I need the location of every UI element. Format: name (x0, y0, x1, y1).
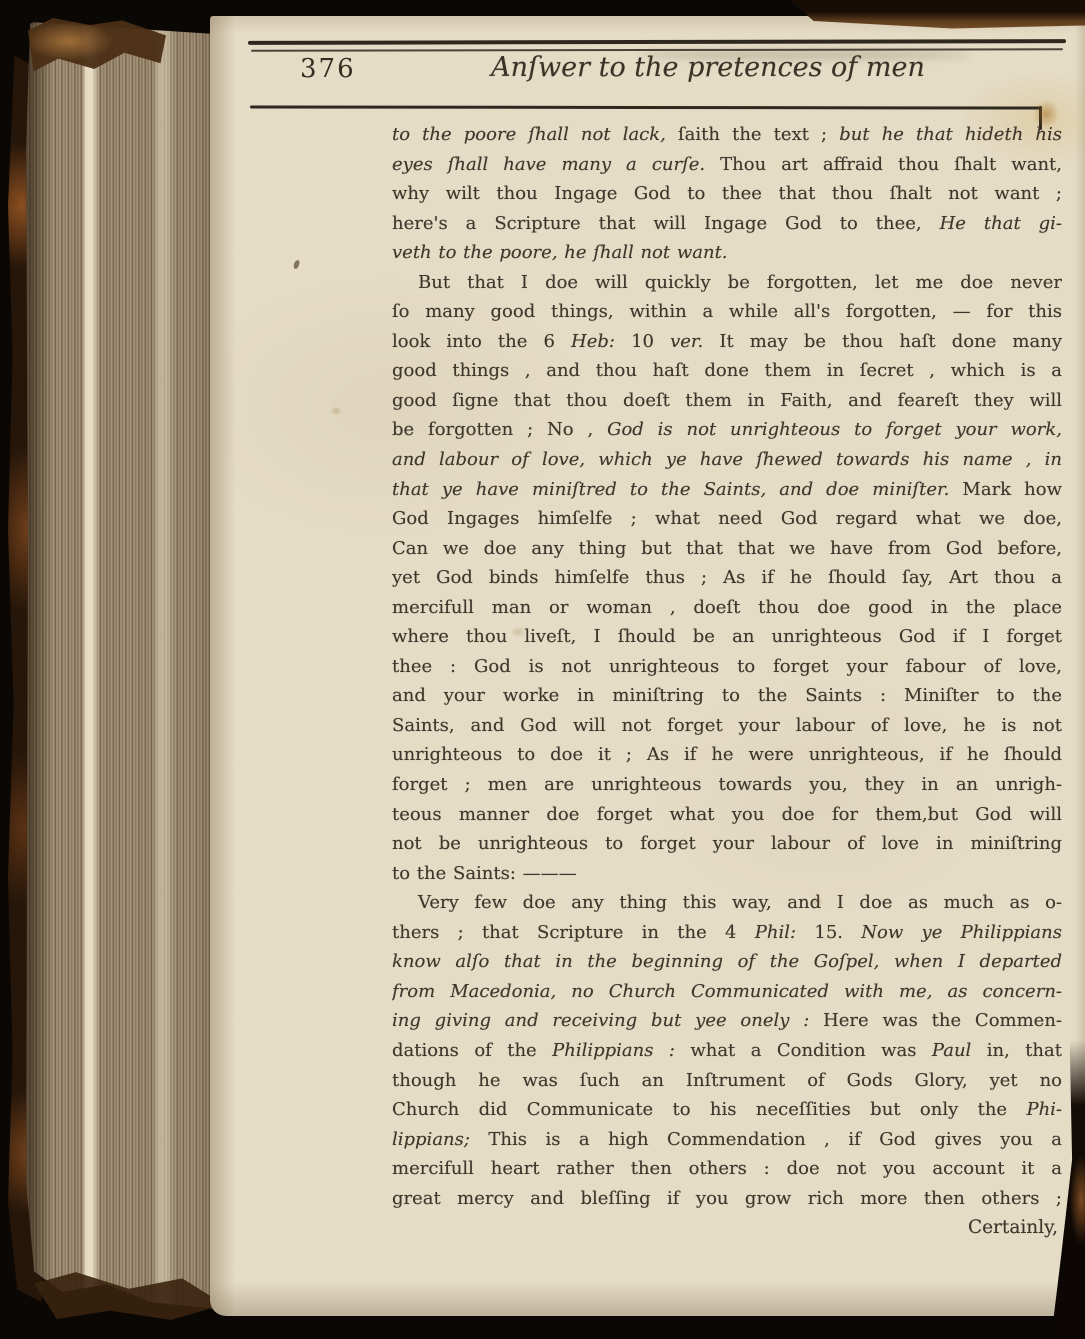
italic-text-segment: Phi- (1026, 1099, 1062, 1120)
text-line: dations of the Philippians : what a Cond… (392, 1036, 1062, 1066)
text-line: though he was ſuch an Inſtrument of Gods… (392, 1066, 1062, 1096)
roman-text-segment: look into the 6 (392, 331, 571, 352)
roman-text-segment: Church did Communicate to his neceſſitie… (392, 1099, 1026, 1120)
italic-text-segment: from Macedonia, no Church Communicated w… (392, 981, 1062, 1002)
text-line: thee : God is not unrighteous to forget … (392, 652, 1062, 682)
text-line: not be unrighteous to forget your labour… (392, 829, 1062, 859)
text-line: where thou liveſt, I ſhould be an unrigh… (392, 622, 1062, 652)
roman-text-segment: good ſigne that thou doeſt them in Faith… (392, 390, 1062, 411)
italic-text-segment: veth to the poore, he ſhall not want. (392, 242, 728, 263)
roman-text-segment: good things , and thou haſt done them in… (392, 360, 1062, 381)
italic-text-segment: ver. (670, 331, 703, 352)
roman-text-segment: dations of the (392, 1040, 552, 1061)
roman-text-segment: thers ; that Scripture in the 4 (392, 922, 755, 943)
italic-text-segment: but he that hideth his (839, 124, 1062, 145)
roman-text-segment: what a Condition was (675, 1040, 932, 1061)
text-line: be forgotten ; No , God is not unrighteo… (392, 415, 1062, 445)
roman-text-segment: But that I doe will quickly be forgotten… (418, 272, 1062, 293)
roman-text-segment: though he was ſuch an Inſtrument of Gods… (392, 1070, 1062, 1091)
roman-text-segment: Thou art affraid thou ſhalt want, (720, 154, 1062, 175)
photo-of-open-book: { "colors": { "paper": "#e5dcc6", "ink":… (0, 0, 1085, 1339)
italic-text-segment: ing giving and receiving but yee onely : (392, 1010, 823, 1031)
text-line: mercifull heart rather then others : doe… (392, 1154, 1062, 1184)
italic-text-segment: Heb: (571, 331, 615, 352)
roman-text-segment: ſaith the text ; (678, 124, 839, 145)
text-line: thers ; that Scripture in the 4 Phil: 15… (392, 918, 1062, 948)
roman-text-segment: This is a high Commendation , if God giv… (470, 1129, 1062, 1150)
italic-text-segment: to the poore ſhall not lack, (392, 124, 678, 145)
roman-text-segment: ſo many good things, within a while all'… (392, 301, 1062, 322)
text-line: to the Saints: ——— (392, 859, 1062, 889)
roman-text-segment: in, that (971, 1040, 1062, 1061)
text-line: Can we doe any thing but that that we ha… (392, 534, 1062, 564)
text-line: eyes ſhall have many a curſe. Thou art a… (392, 150, 1062, 180)
roman-text-segment: It may be thou haſt done many (703, 331, 1062, 352)
text-line: Very few doe any thing this way, and I d… (392, 888, 1062, 918)
text-line: unrighteous to doe it ; As if he were un… (392, 740, 1062, 770)
body-text: to the poore ſhall not lack, ſaith the t… (392, 120, 1062, 1243)
roman-text-segment: Here was the Commen- (823, 1010, 1062, 1031)
roman-text-segment: and your worke in miniſtring to the Sain… (392, 685, 1062, 706)
italic-text-segment: and labour of love, which ye have ſhewed… (392, 449, 1062, 470)
text-line: teous manner doe forget what you doe for… (392, 800, 1062, 830)
page-header: 376 Anſwer to the pretences of men (248, 52, 1064, 92)
roman-text-segment: yet God binds himſelfe thus ; As if he ſ… (392, 567, 1062, 588)
text-line: from Macedonia, no Church Communicated w… (392, 977, 1062, 1007)
page-number: 376 (300, 54, 356, 84)
italic-text-segment: God is not unrighteous to forget your wo… (607, 419, 1062, 440)
text-line: Saints, and God will not forget your lab… (392, 711, 1062, 741)
catchword: Certainly, (392, 1213, 1062, 1243)
text-line: mercifull man or woman , doeſt thou doe … (392, 593, 1062, 623)
roman-text-segment: 15. (796, 922, 861, 943)
text-line: great mercy and bleſſing if you grow ric… (392, 1184, 1062, 1214)
roman-text-segment: mercifull heart rather then others : doe… (392, 1158, 1062, 1179)
text-line: forget ; men are unrighteous towards you… (392, 770, 1062, 800)
text-line: yet God binds himſelfe thus ; As if he ſ… (392, 563, 1062, 593)
text-line: here's a Scripture that will Ingage God … (392, 209, 1062, 239)
roman-text-segment: be forgotten ; No , (392, 419, 607, 440)
book-page: 376 Anſwer to the pretences of men to th… (210, 16, 1085, 1316)
text-line: Church did Communicate to his neceſſitie… (392, 1095, 1062, 1125)
text-line: God Ingages himſelfe ; what need God reg… (392, 504, 1062, 534)
italic-text-segment: Philippians : (552, 1040, 675, 1061)
roman-text-segment: unrighteous to doe it ; As if he were un… (392, 744, 1062, 765)
roman-text-segment: to the Saints: ——— (392, 863, 577, 884)
italic-text-segment: eyes ſhall have many a curſe. (392, 154, 720, 175)
text-line: why wilt thou Ingage God to thee that th… (392, 179, 1062, 209)
roman-text-segment: Can we doe any thing but that that we ha… (392, 538, 1062, 559)
italic-text-segment: know alſo that in the beginning of the G… (392, 951, 1062, 972)
roman-text-segment: God Ingages himſelfe ; what need God reg… (392, 508, 1062, 529)
ink-speck (293, 259, 301, 269)
roman-text-segment: mercifull man or woman , doeſt thou doe … (392, 597, 1062, 618)
italic-text-segment: lippians; (392, 1129, 470, 1150)
text-line: ſo many good things, within a while all'… (392, 297, 1062, 327)
italic-text-segment: He that gi- (940, 213, 1062, 234)
roman-text-segment: Very few doe any thing this way, and I d… (418, 892, 1062, 913)
text-line: good things , and thou haſt done them in… (392, 356, 1062, 386)
roman-text-segment: not be unrighteous to forget your labour… (392, 833, 1062, 854)
text-line: good ſigne that thou doeſt them in Faith… (392, 386, 1062, 416)
roman-text-segment: Saints, and God will not forget your lab… (392, 715, 1062, 736)
roman-text-segment: thee : God is not unrighteous to forget … (392, 656, 1062, 677)
italic-text-segment: Phil: (755, 922, 796, 943)
header-double-rule-upper (248, 39, 1066, 45)
text-line: look into the 6 Heb: 10 ver. It may be t… (392, 327, 1062, 357)
header-bottom-rule (250, 105, 1042, 109)
text-line: to the poore ſhall not lack, ſaith the t… (392, 120, 1062, 150)
text-line: and labour of love, which ye have ſhewed… (392, 445, 1062, 475)
roman-text-segment: Mark how (949, 479, 1062, 500)
roman-text-segment: where thou liveſt, I ſhould be an unrigh… (392, 626, 1062, 647)
leather-rust-patch (1067, 1140, 1085, 1260)
roman-text-segment: 10 (615, 331, 670, 352)
text-line: know alſo that in the beginning of the G… (392, 947, 1062, 977)
text-line: that ye have miniſtred to the Saints, an… (392, 475, 1062, 505)
text-line: lippians; This is a high Commendation , … (392, 1125, 1062, 1155)
foxing-spot (330, 406, 342, 416)
roman-text-segment: forget ; men are unrighteous towards you… (392, 774, 1062, 795)
italic-text-segment: that ye have miniſtred to the Saints, an… (392, 479, 949, 500)
roman-text-segment: great mercy and bleſſing if you grow ric… (392, 1188, 1062, 1209)
text-line: and your worke in miniſtring to the Sain… (392, 681, 1062, 711)
roman-text-segment: teous manner doe forget what you doe for… (392, 804, 1062, 825)
text-line: But that I doe will quickly be forgotten… (392, 268, 1062, 298)
roman-text-segment: here's a Scripture that will Ingage God … (392, 213, 940, 234)
book-fore-edge-pages (26, 22, 228, 1310)
roman-text-segment: why wilt thou Ingage God to thee that th… (392, 183, 1062, 204)
italic-text-segment: Paul (932, 1040, 971, 1061)
text-line: veth to the poore, he ſhall not want. (392, 238, 1062, 268)
text-line: ing giving and receiving but yee onely :… (392, 1006, 1062, 1036)
italic-text-segment: Now ye Philippians (861, 922, 1062, 943)
ink-showthrough-smudge (640, 50, 970, 60)
